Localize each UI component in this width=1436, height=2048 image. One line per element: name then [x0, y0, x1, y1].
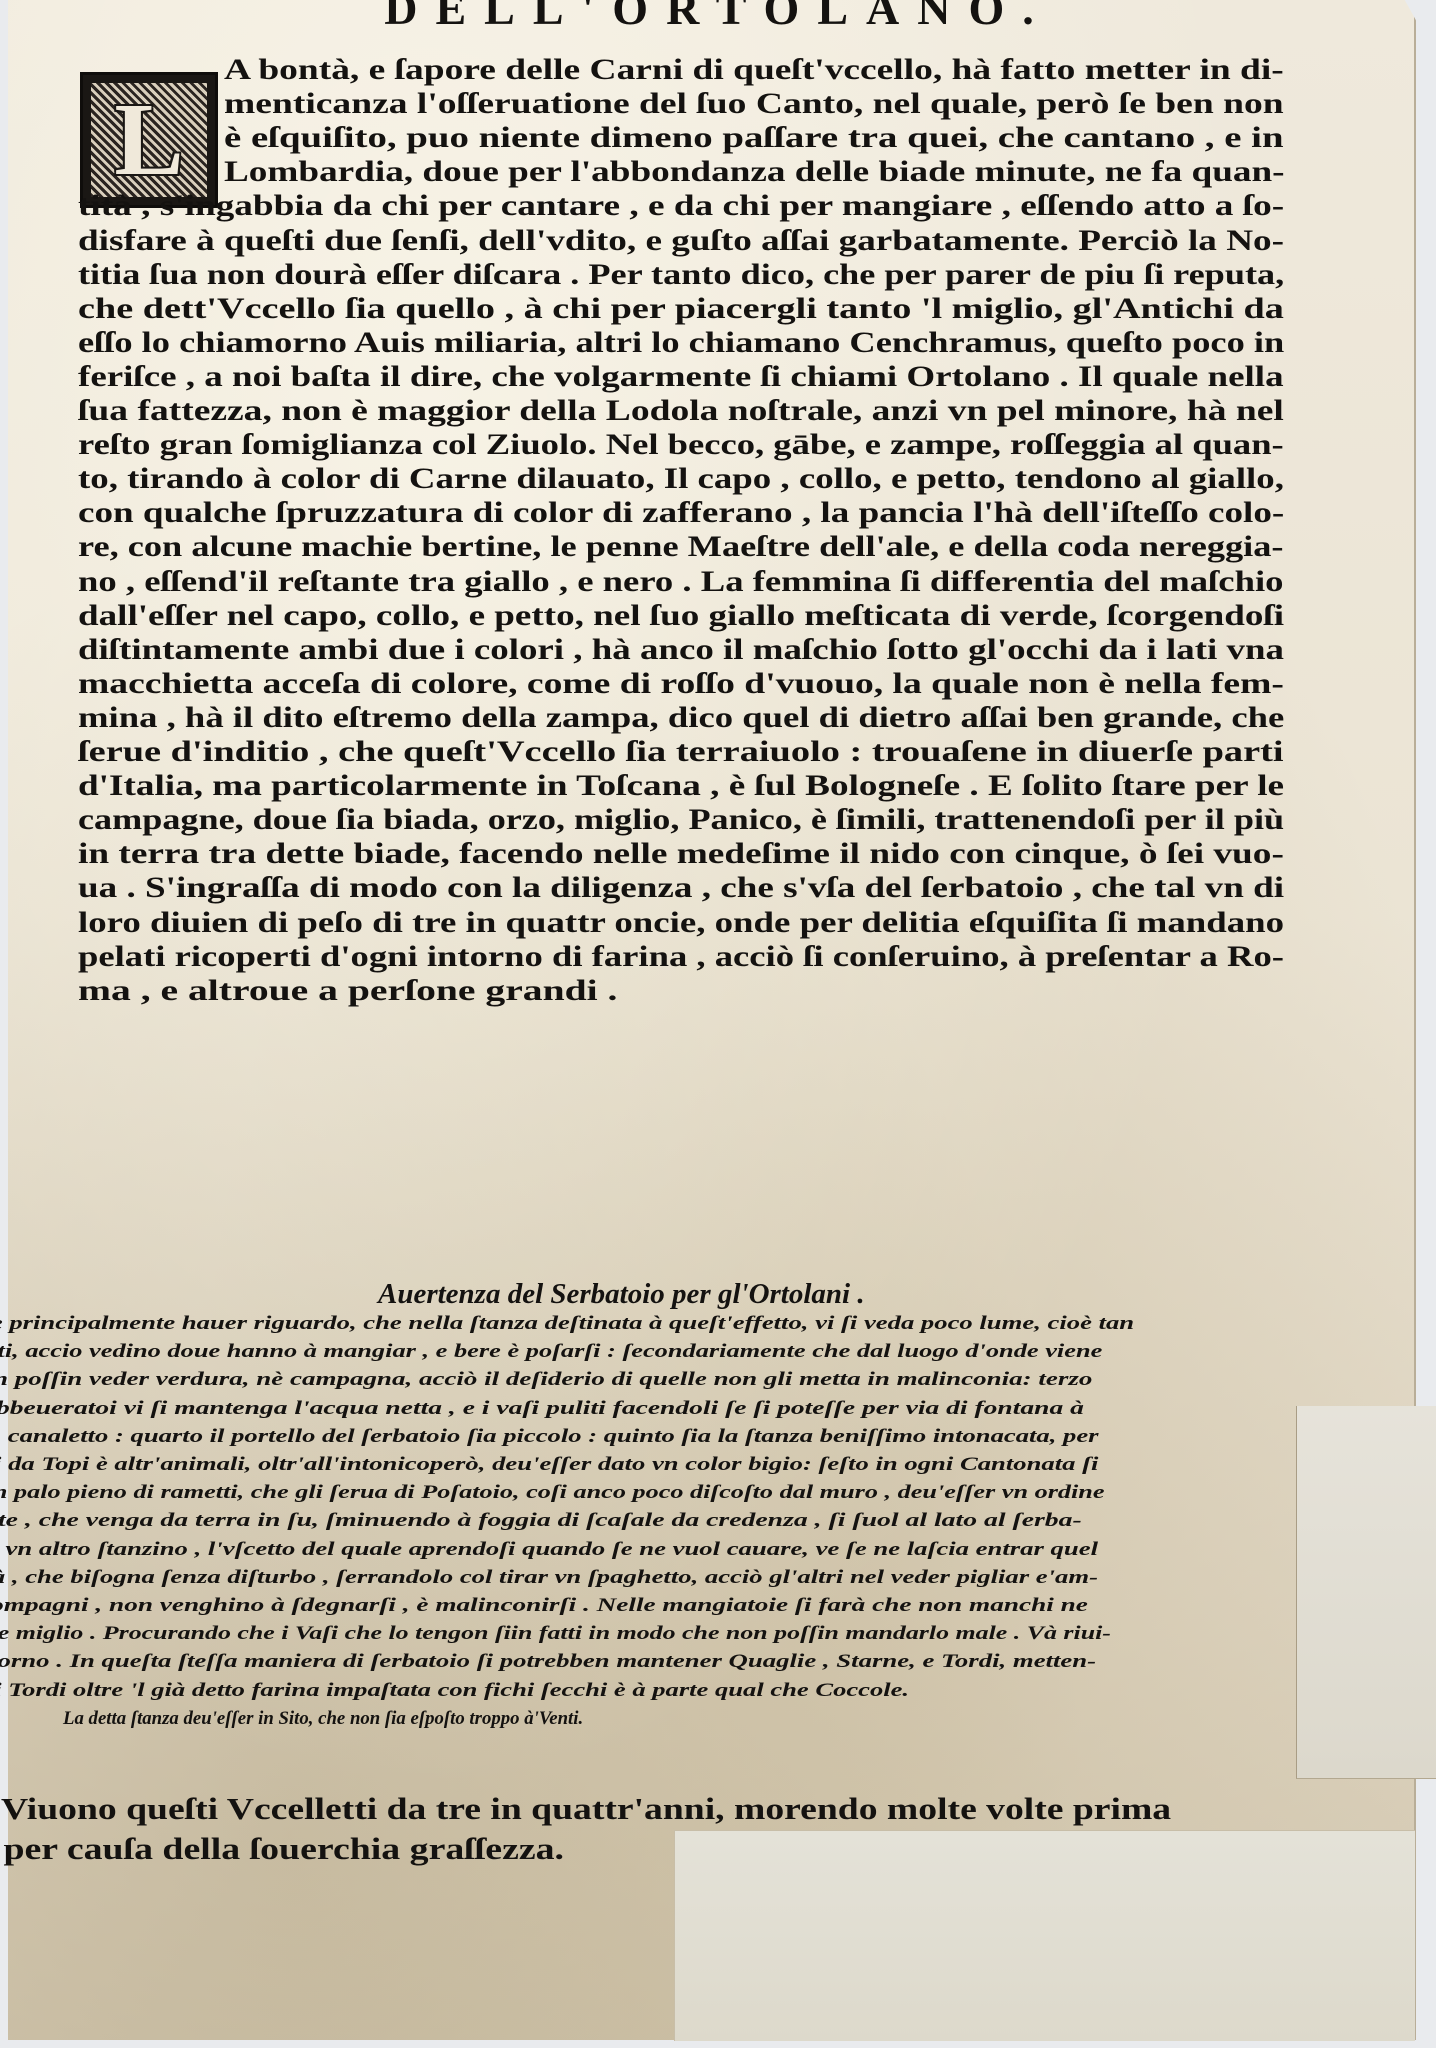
text-line: re, con alcune machie bertine, le penne … — [78, 529, 1284, 565]
text-line: è eſquiſito, puo niente dimeno paſſare t… — [224, 120, 1284, 156]
section-subheading: Auertenza del Serbatoio per gl'Ortolani … — [378, 1278, 865, 1311]
italic-text-line: do per i Tordi oltre 'l già detto farina… — [0, 1679, 909, 1703]
text-line: che dett'Vccello ſia quello , à chi per … — [78, 291, 1284, 327]
text-line: macchietta acceſa di colore, come di roſ… — [78, 666, 1284, 702]
italic-text-line: ſto ogni giorno . In queſta ſteſſa manie… — [0, 1650, 1096, 1674]
italic-text-line: modo d'vn canaletto : quarto il portello… — [0, 1425, 1099, 1449]
text-line: reſto gran ſomiglianza col Ziuolo. Nel b… — [78, 427, 1284, 463]
paper-repair-patch-right — [1296, 1406, 1436, 1779]
italic-text-line: il lume non poſſin veder verdura, nè cam… — [0, 1368, 1092, 1392]
italic-text-line: toio hauer vn altro ſtanzino , l'vſcetto… — [0, 1538, 1098, 1562]
italic-text-line: aſſicurarſi da Topi è altr'animali, oltr… — [0, 1453, 1098, 1477]
text-line: diſtintamente ambi due i colori , hà anc… — [78, 632, 1284, 668]
text-line: disfare à queſti due ſenſi, dell'vdito, … — [78, 223, 1284, 259]
text-line: feriſce , a noi baſta il dire, che volga… — [78, 359, 1284, 395]
closing-text-line: per cauſa della ſouerchia graſſezza. — [3, 1830, 564, 1868]
italic-text-line: mazzar i compagni , non venghino à ſdegn… — [0, 1594, 1088, 1618]
text-line: Lombardia, doue per l'abbondanza delle b… — [224, 154, 1285, 190]
text-line: no , eſſend'il reſtante tra giallo , e n… — [78, 564, 1283, 600]
text-line: campagne, doue ſia biada, orzo, miglio, … — [78, 802, 1284, 838]
floral-ornament-icon: L — [91, 83, 207, 197]
italic-text-line: di pertichette , che venga da terra in ſ… — [0, 1509, 1082, 1533]
text-line: A bontà, e ſapore delle Carni di queſt'v… — [224, 52, 1284, 88]
text-line: to, tirando à color di Carne dilauato, I… — [78, 461, 1284, 497]
italic-text-line: metterà vn palo pieno di rametti, che gl… — [0, 1481, 1105, 1505]
text-line: eſſo lo chiamorno Auis miliaria, altri l… — [78, 325, 1284, 361]
text-line: in terra tra dette biade, facendo nelle … — [78, 836, 1284, 872]
paper-repair-patch-bottom — [674, 1830, 1415, 2041]
text-line: dall'eſſer nel capo, collo, e petto, nel… — [78, 598, 1284, 634]
italic-text-line: la quantità , che biſogna ſenza diſturbo… — [0, 1566, 1098, 1590]
page-title: DELL'ORTOLANO. — [0, 0, 1436, 35]
text-line: loro diuien di peſo di tre in quattr onc… — [78, 905, 1284, 941]
text-line: mina , hà il dito eſtremo della zampa, d… — [78, 700, 1284, 736]
text-line: titia ſua non dourà eſſer diſcara . Per … — [78, 257, 1284, 293]
closing-text-line: Viuono queſti Vccelletti da tre in quatt… — [1, 1790, 1171, 1828]
text-line: ſua fattezza, non è maggior della Lodola… — [78, 393, 1284, 429]
italic-text-line: La detta ſtanza deu'eſſer in Sito, che n… — [63, 1707, 583, 1731]
text-line: con qualche ſpruzzatura di color di zaff… — [78, 495, 1284, 531]
text-line: tità , s'ingabbia da chi per cantare , e… — [78, 188, 1284, 224]
italic-text-line: to che baſti, accio vedino doue hanno à … — [0, 1340, 1102, 1364]
text-line: ſerue d'inditio , che queſt'Vccello ſia … — [78, 734, 1284, 770]
text-line: d'Italia, ma particolarmente in Toſcana … — [78, 768, 1284, 804]
italic-text-line: che ne gl'abbeueratoi vi ſi mantenga l'a… — [0, 1397, 1084, 1421]
text-line: ma , e altroue a perſone grandi . — [78, 973, 617, 1009]
dropcap-letter: L — [114, 88, 183, 192]
text-line: ua . S'ingraſſa di modo con la diligenza… — [78, 870, 1284, 906]
text-line: menticanza l'oſſeruatione del ſuo Canto,… — [224, 86, 1284, 122]
italic-text-line: Si deue principalmente hauer riguardo, c… — [0, 1312, 1134, 1336]
text-line: pelati ricoperti d'ogni intorno di farin… — [78, 939, 1284, 975]
italic-text-line: panico, ne miglio . Procurando che i Vaſ… — [0, 1622, 1111, 1646]
